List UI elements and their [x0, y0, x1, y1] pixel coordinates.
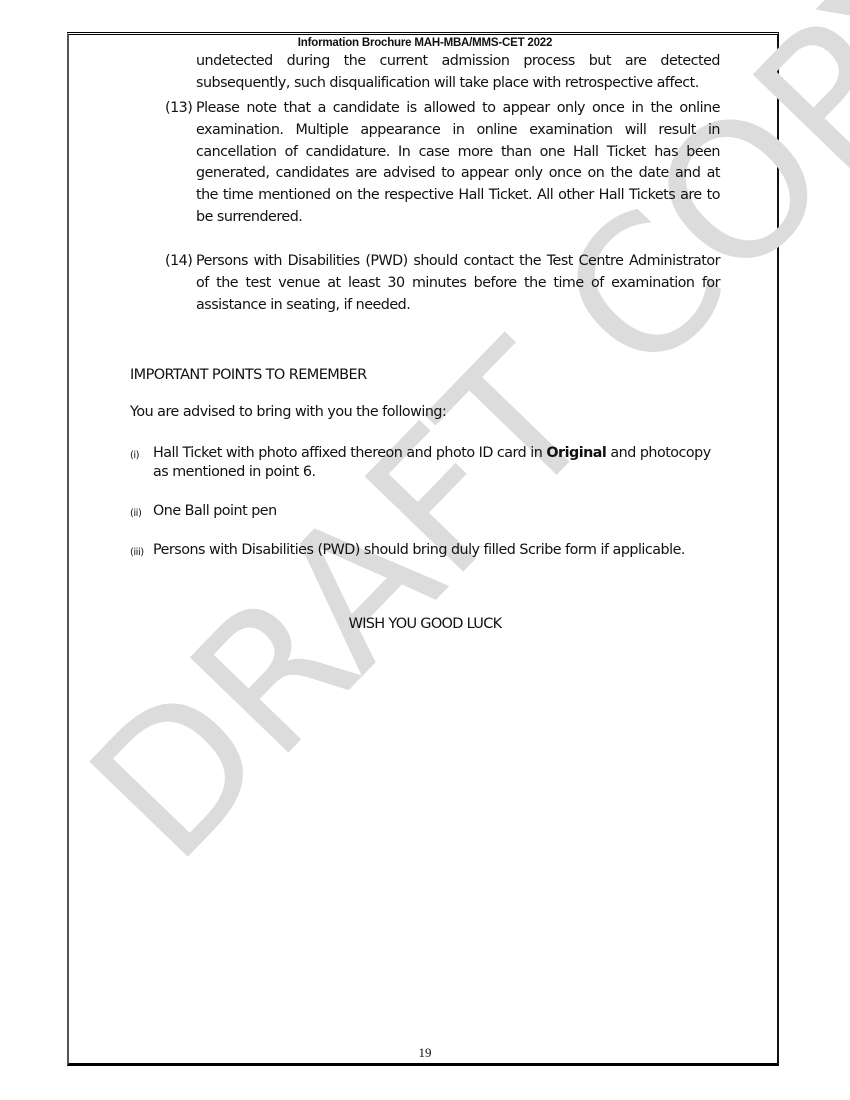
- list-item-text: Hall Ticket with photo affixed thereon a…: [153, 444, 720, 482]
- section-heading: IMPORTANT POINTS TO REMEMBER: [130, 367, 367, 383]
- point-text: Please note that a candidate is allowed …: [196, 98, 720, 229]
- point-number: (13): [165, 98, 196, 120]
- numbered-point-13: (13) Please note that a candidate is all…: [165, 98, 720, 229]
- continuation-text: undetected during the current admission …: [196, 53, 720, 91]
- list-item-text: Persons with Disabilities (PWD) should b…: [153, 541, 720, 560]
- point-number: (14): [165, 251, 196, 273]
- list-marker: (ii): [130, 504, 141, 523]
- section-intro: You are advised to bring with you the fo…: [130, 404, 446, 420]
- list-item: (ii) One Ball point pen: [130, 502, 720, 521]
- page-number: 19: [0, 1045, 850, 1061]
- page-content: Information Brochure MAH-MBA/MMS-CET 202…: [0, 0, 850, 1100]
- point-text: Persons with Disabilities (PWD) should c…: [196, 251, 720, 316]
- list-item: (iii) Persons with Disabilities (PWD) sh…: [130, 541, 720, 560]
- list-marker: (i): [130, 446, 139, 465]
- continuation-paragraph: undetected during the current admission …: [196, 51, 720, 95]
- list-item-text: One Ball point pen: [153, 502, 720, 521]
- closing-message: WISH YOU GOOD LUCK: [0, 616, 850, 632]
- list-item: (i) Hall Ticket with photo affixed there…: [130, 444, 720, 482]
- document-header: Information Brochure MAH-MBA/MMS-CET 202…: [0, 37, 850, 49]
- emphasis-original: Original: [546, 445, 606, 461]
- numbered-point-14: (14) Persons with Disabilities (PWD) sho…: [165, 251, 720, 316]
- list-marker: (iii): [130, 543, 144, 562]
